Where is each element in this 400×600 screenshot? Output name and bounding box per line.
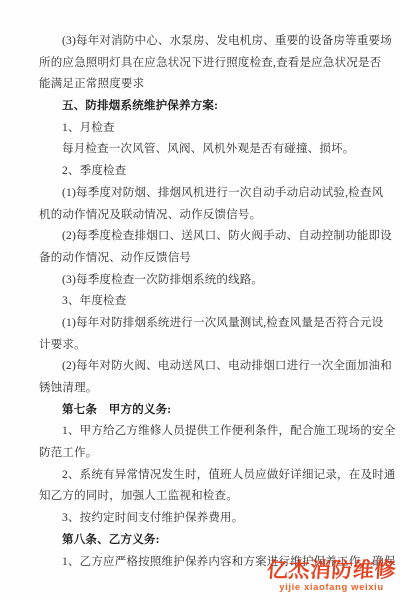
text-line: 防范工作。 [39, 443, 384, 465]
text-line: 能满足正常照度要求 [39, 74, 384, 96]
text-line: 机的动作情况及联动情况、动作反馈信号。 [39, 205, 384, 227]
watermark-title: 亿杰消防维修 [266, 559, 397, 582]
text-line: (2)每季度检查排烟口、送风口、防火阀手动、自动控制功能即设 [39, 226, 384, 248]
text-line: (2)每年对防火阀、电动送风口、电动排烟口进行一次全面加油和 [39, 356, 384, 378]
text-line: 第七条 甲方的义务: [39, 400, 384, 422]
text-line: (3)每季度检查一次防排烟系统的线路。 [39, 270, 384, 292]
text-line: 五、防排烟系统维护保养方案: [39, 96, 384, 118]
text-line: 2、系统有异常情况发生时，值班人员应做好详细记录，在及时通 [39, 465, 384, 487]
text-line: 锈蚀清理。 [39, 378, 384, 400]
text-line: 知乙方的同时，加强人工监视和检查。 [39, 486, 384, 508]
text-line: 3、年度检查 [39, 291, 384, 313]
text-line: (3)每年对消防中心、水泵房、发电机房、重要的设备房等重要场 [39, 31, 384, 53]
document-page: (3)每年对消防中心、水泵房、发电机房、重要的设备房等重要场所的应急照明灯具在应… [0, 0, 400, 600]
text-line: 第八条、乙方义务: [39, 530, 384, 552]
text-line: 备的动作情况、动作反馈信号 [39, 248, 384, 270]
text-line: 每月检查一次风管、风阀、风机外观是否有碰撞、损坏。 [39, 139, 384, 161]
text-line: 所的应急照明灯具在应急状况下进行照度检查,查看是应急状况是否 [39, 53, 384, 75]
text-line: 计要求。 [39, 335, 384, 357]
text-line: (1)每年对防排烟系统进行一次风量测试,检查风量是否符合元设 [39, 313, 384, 335]
watermark: 亿杰消防维修 yijie xiaofang weixiu [267, 559, 396, 593]
document-body: (3)每年对消防中心、水泵房、发电机房、重要的设备房等重要场所的应急照明灯具在应… [39, 31, 384, 573]
text-line: 3、按约定时间支付维护保养费用。 [39, 508, 384, 530]
text-line: 2、季度检查 [39, 161, 384, 183]
text-line: 1、月检查 [39, 118, 384, 140]
watermark-subtitle: yijie xiaofang weixiu [267, 582, 396, 593]
text-line: (1)每季度对防烟、排烟风机进行一次自动手动启动试验,检查风 [39, 183, 384, 205]
text-line: 1、甲方给乙方维修人员提供工作便利条件，配合施工现场的安全 [39, 421, 384, 443]
